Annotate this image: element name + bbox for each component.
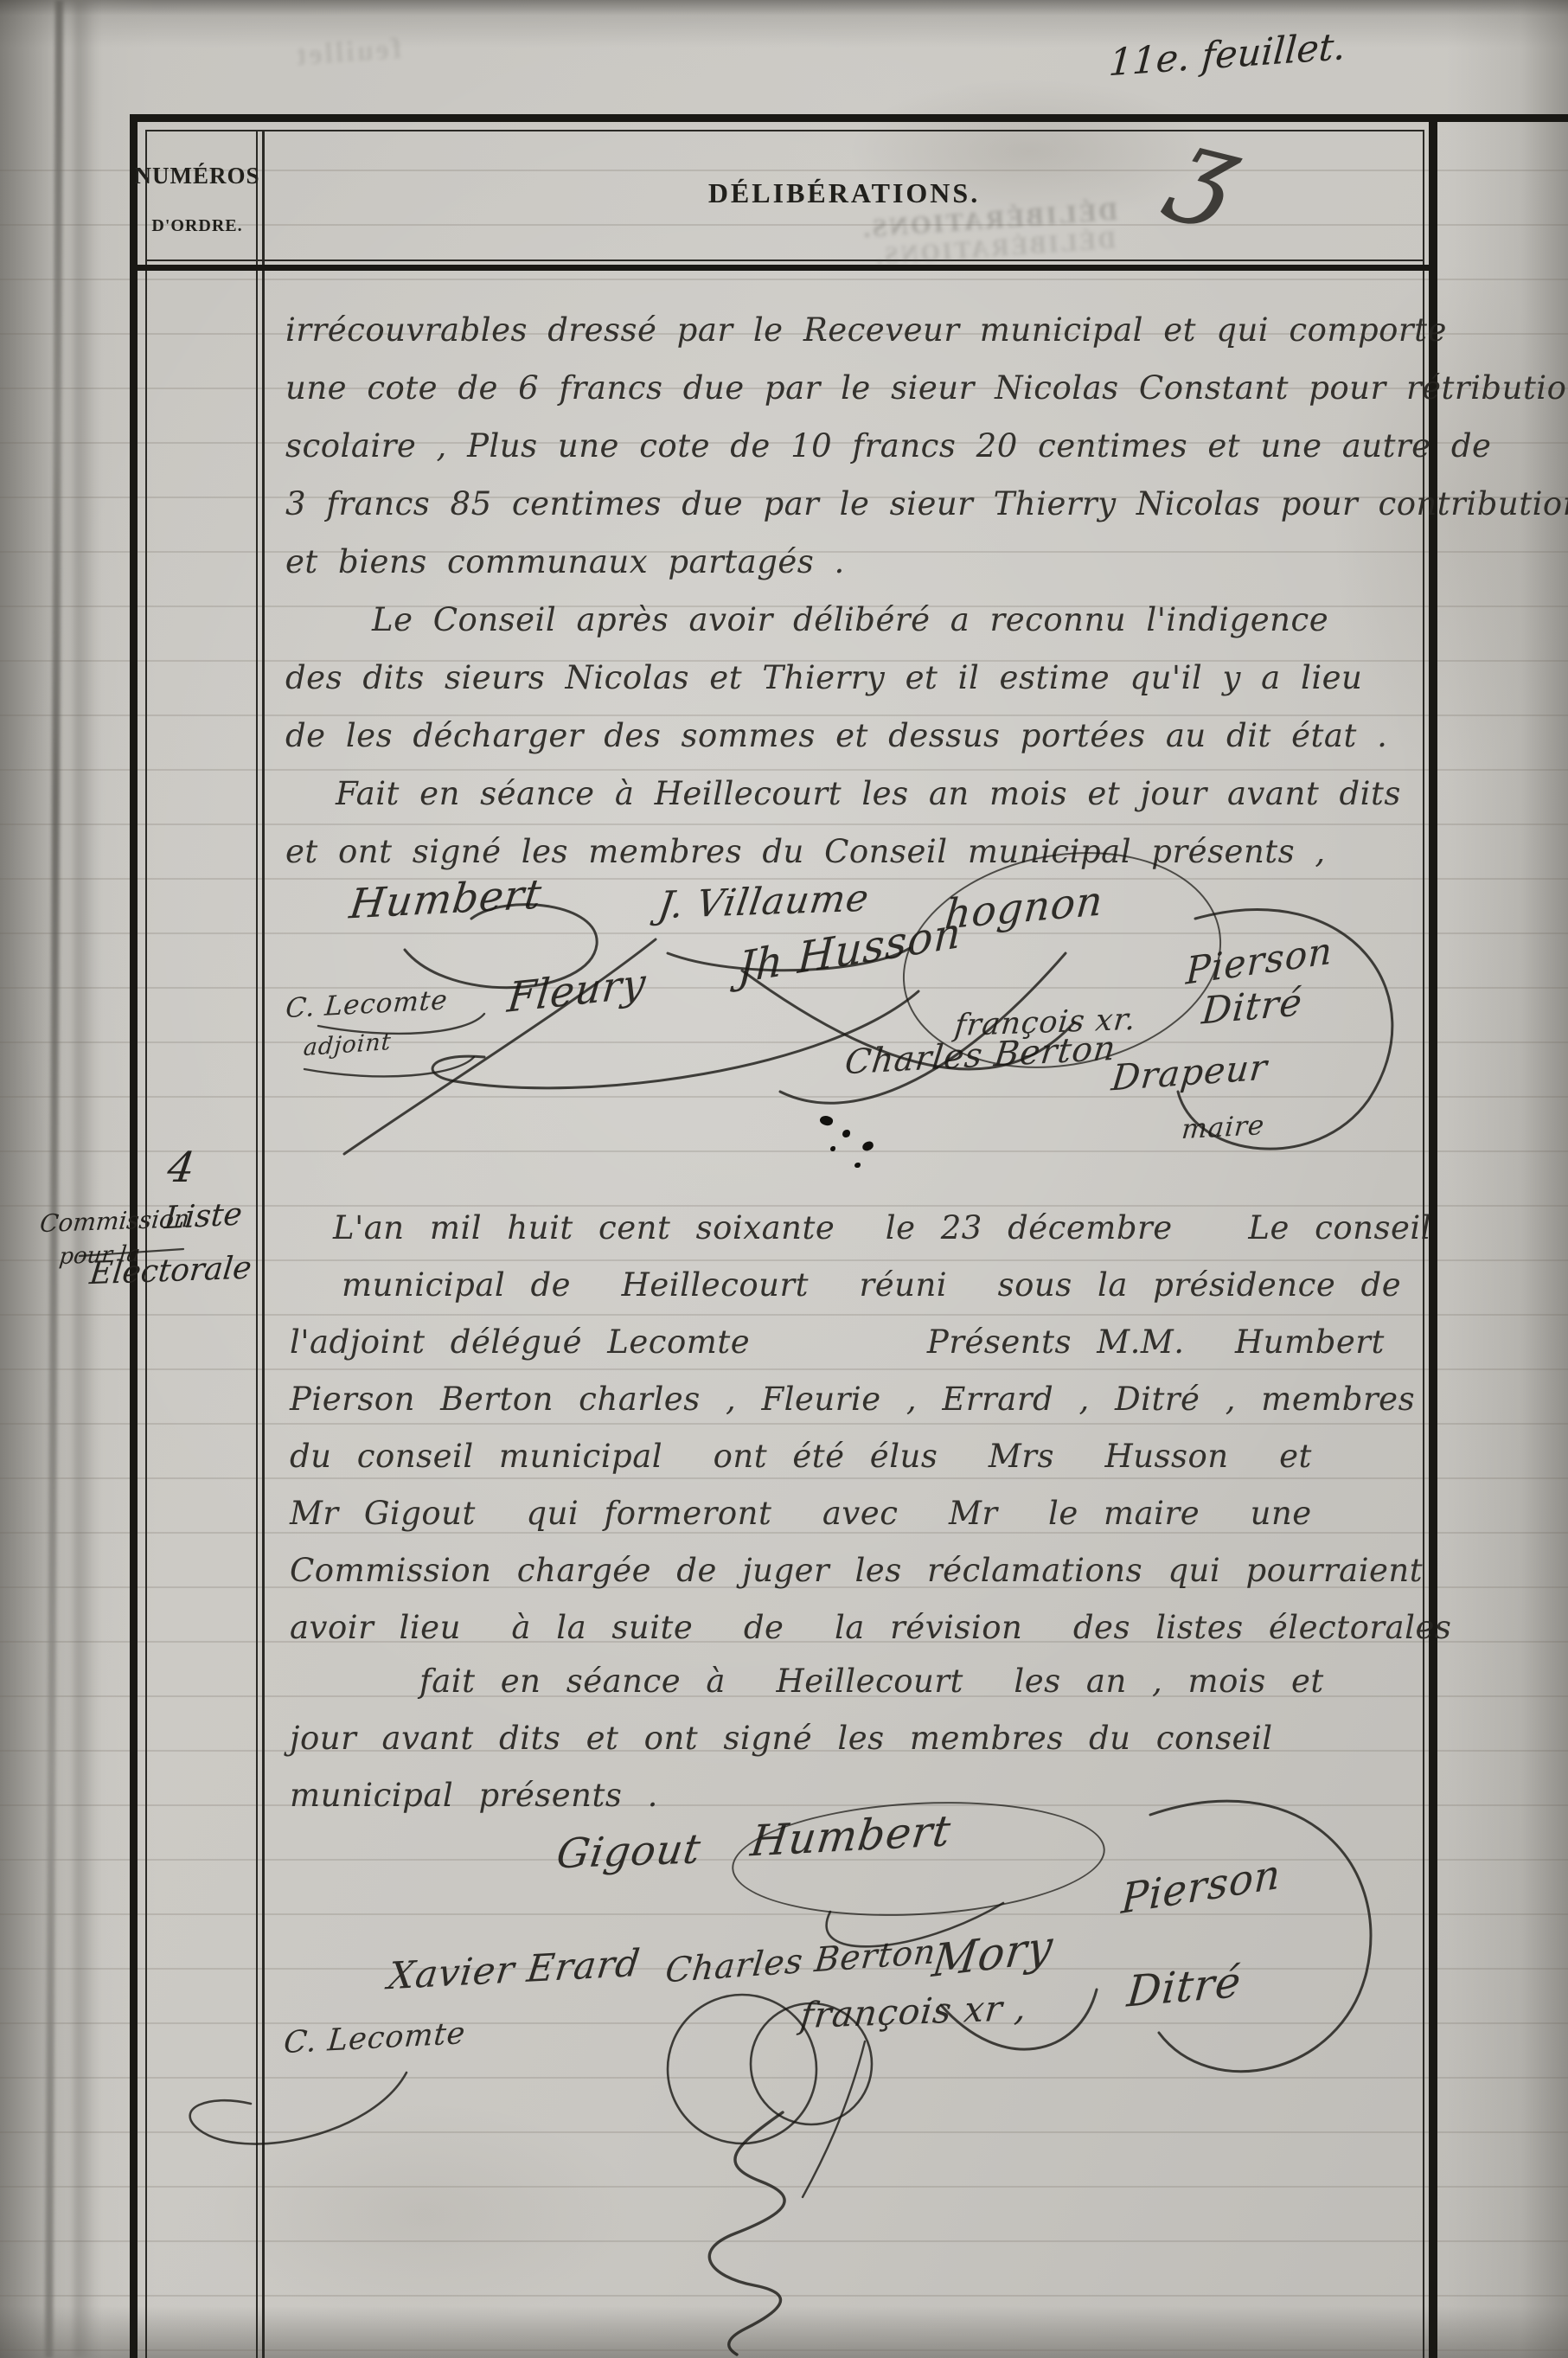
table-border-top <box>130 114 1568 122</box>
entry1-line: et biens communaux partagés . <box>285 543 845 580</box>
header-bottom <box>138 265 1430 271</box>
entry1-line: de les décharger des sommes et dessus po… <box>285 717 1387 754</box>
header-ordre: D'ORDRE. <box>131 216 263 236</box>
entry1-line: des dits sieurs Nicolas et Thierry et il… <box>285 659 1362 696</box>
entry2-line: avoir lieu à la suite de la révision des… <box>290 1609 1451 1646</box>
entry1-line: et ont signé les membres du Conseil muni… <box>285 833 1326 870</box>
signature-francois-2: françois xr , <box>798 1987 1029 2036</box>
signature-ditre-2: Ditré <box>1125 1957 1244 2016</box>
column-divider-2 <box>262 130 265 2358</box>
binding-shadow <box>74 0 97 2358</box>
entry2-line: Pierson Berton charles , Fleurie , Errar… <box>290 1381 1415 1418</box>
table-border-left <box>130 114 138 2358</box>
signature-francois-1: françois xr. <box>953 1003 1138 1043</box>
entry2-line: municipal présents . <box>290 1777 658 1814</box>
entry2-line: jour avant dits et ont signé les membres… <box>290 1720 1273 1757</box>
entry1-line: 3 francs 85 centimes due par le sieur Th… <box>285 485 1568 522</box>
signature-villaume: J. Villaume <box>656 877 872 928</box>
entry2-line: fait en séance à Heillecourt les an , mo… <box>419 1663 1324 1700</box>
margin-note-electorale: Electorale <box>88 1250 253 1291</box>
entry1-line: Le Conseil après avoir délibéré a reconn… <box>372 601 1328 638</box>
entry2-line: du conseil municipal ont été élus Mrs Hu… <box>290 1438 1312 1475</box>
entry2-line: Commission chargée de juger les réclamat… <box>290 1552 1423 1589</box>
entry2-line: l'adjoint délégué Lecomte Présents M.M. … <box>290 1323 1385 1361</box>
entry2-line: Mr Gigout qui formeront avec Mr le maire… <box>290 1495 1312 1532</box>
signature-gigout: Gigout <box>554 1825 704 1878</box>
entry1-line: une cote de 6 francs due par le sieur Ni… <box>285 369 1568 407</box>
table-border-left-inner <box>145 130 147 2358</box>
entry2-line: municipal de Heillecourt réuni sous la p… <box>342 1266 1401 1304</box>
column-divider <box>256 130 258 2358</box>
header-deliberations: DÉLIBÉRATIONS. <box>265 177 1424 209</box>
signature-maire-title: maire <box>1181 1110 1266 1145</box>
margin-note-liste: Liste <box>163 1196 243 1236</box>
entry1-line: scolaire , Plus une cote de 10 francs 20… <box>285 427 1491 465</box>
header-numeros: NUMÉROS <box>131 163 263 189</box>
entry2-line: L'an mil huit cent soixante le 23 décemb… <box>333 1209 1431 1246</box>
header-bottom-inner <box>145 260 1424 261</box>
entry1-line: irrécouvrables dressé par le Receveur mu… <box>285 311 1447 349</box>
signature-ditre-1: Ditré <box>1200 981 1304 1034</box>
entry1-line: Fait en séance à Heillecourt les an mois… <box>336 775 1401 812</box>
